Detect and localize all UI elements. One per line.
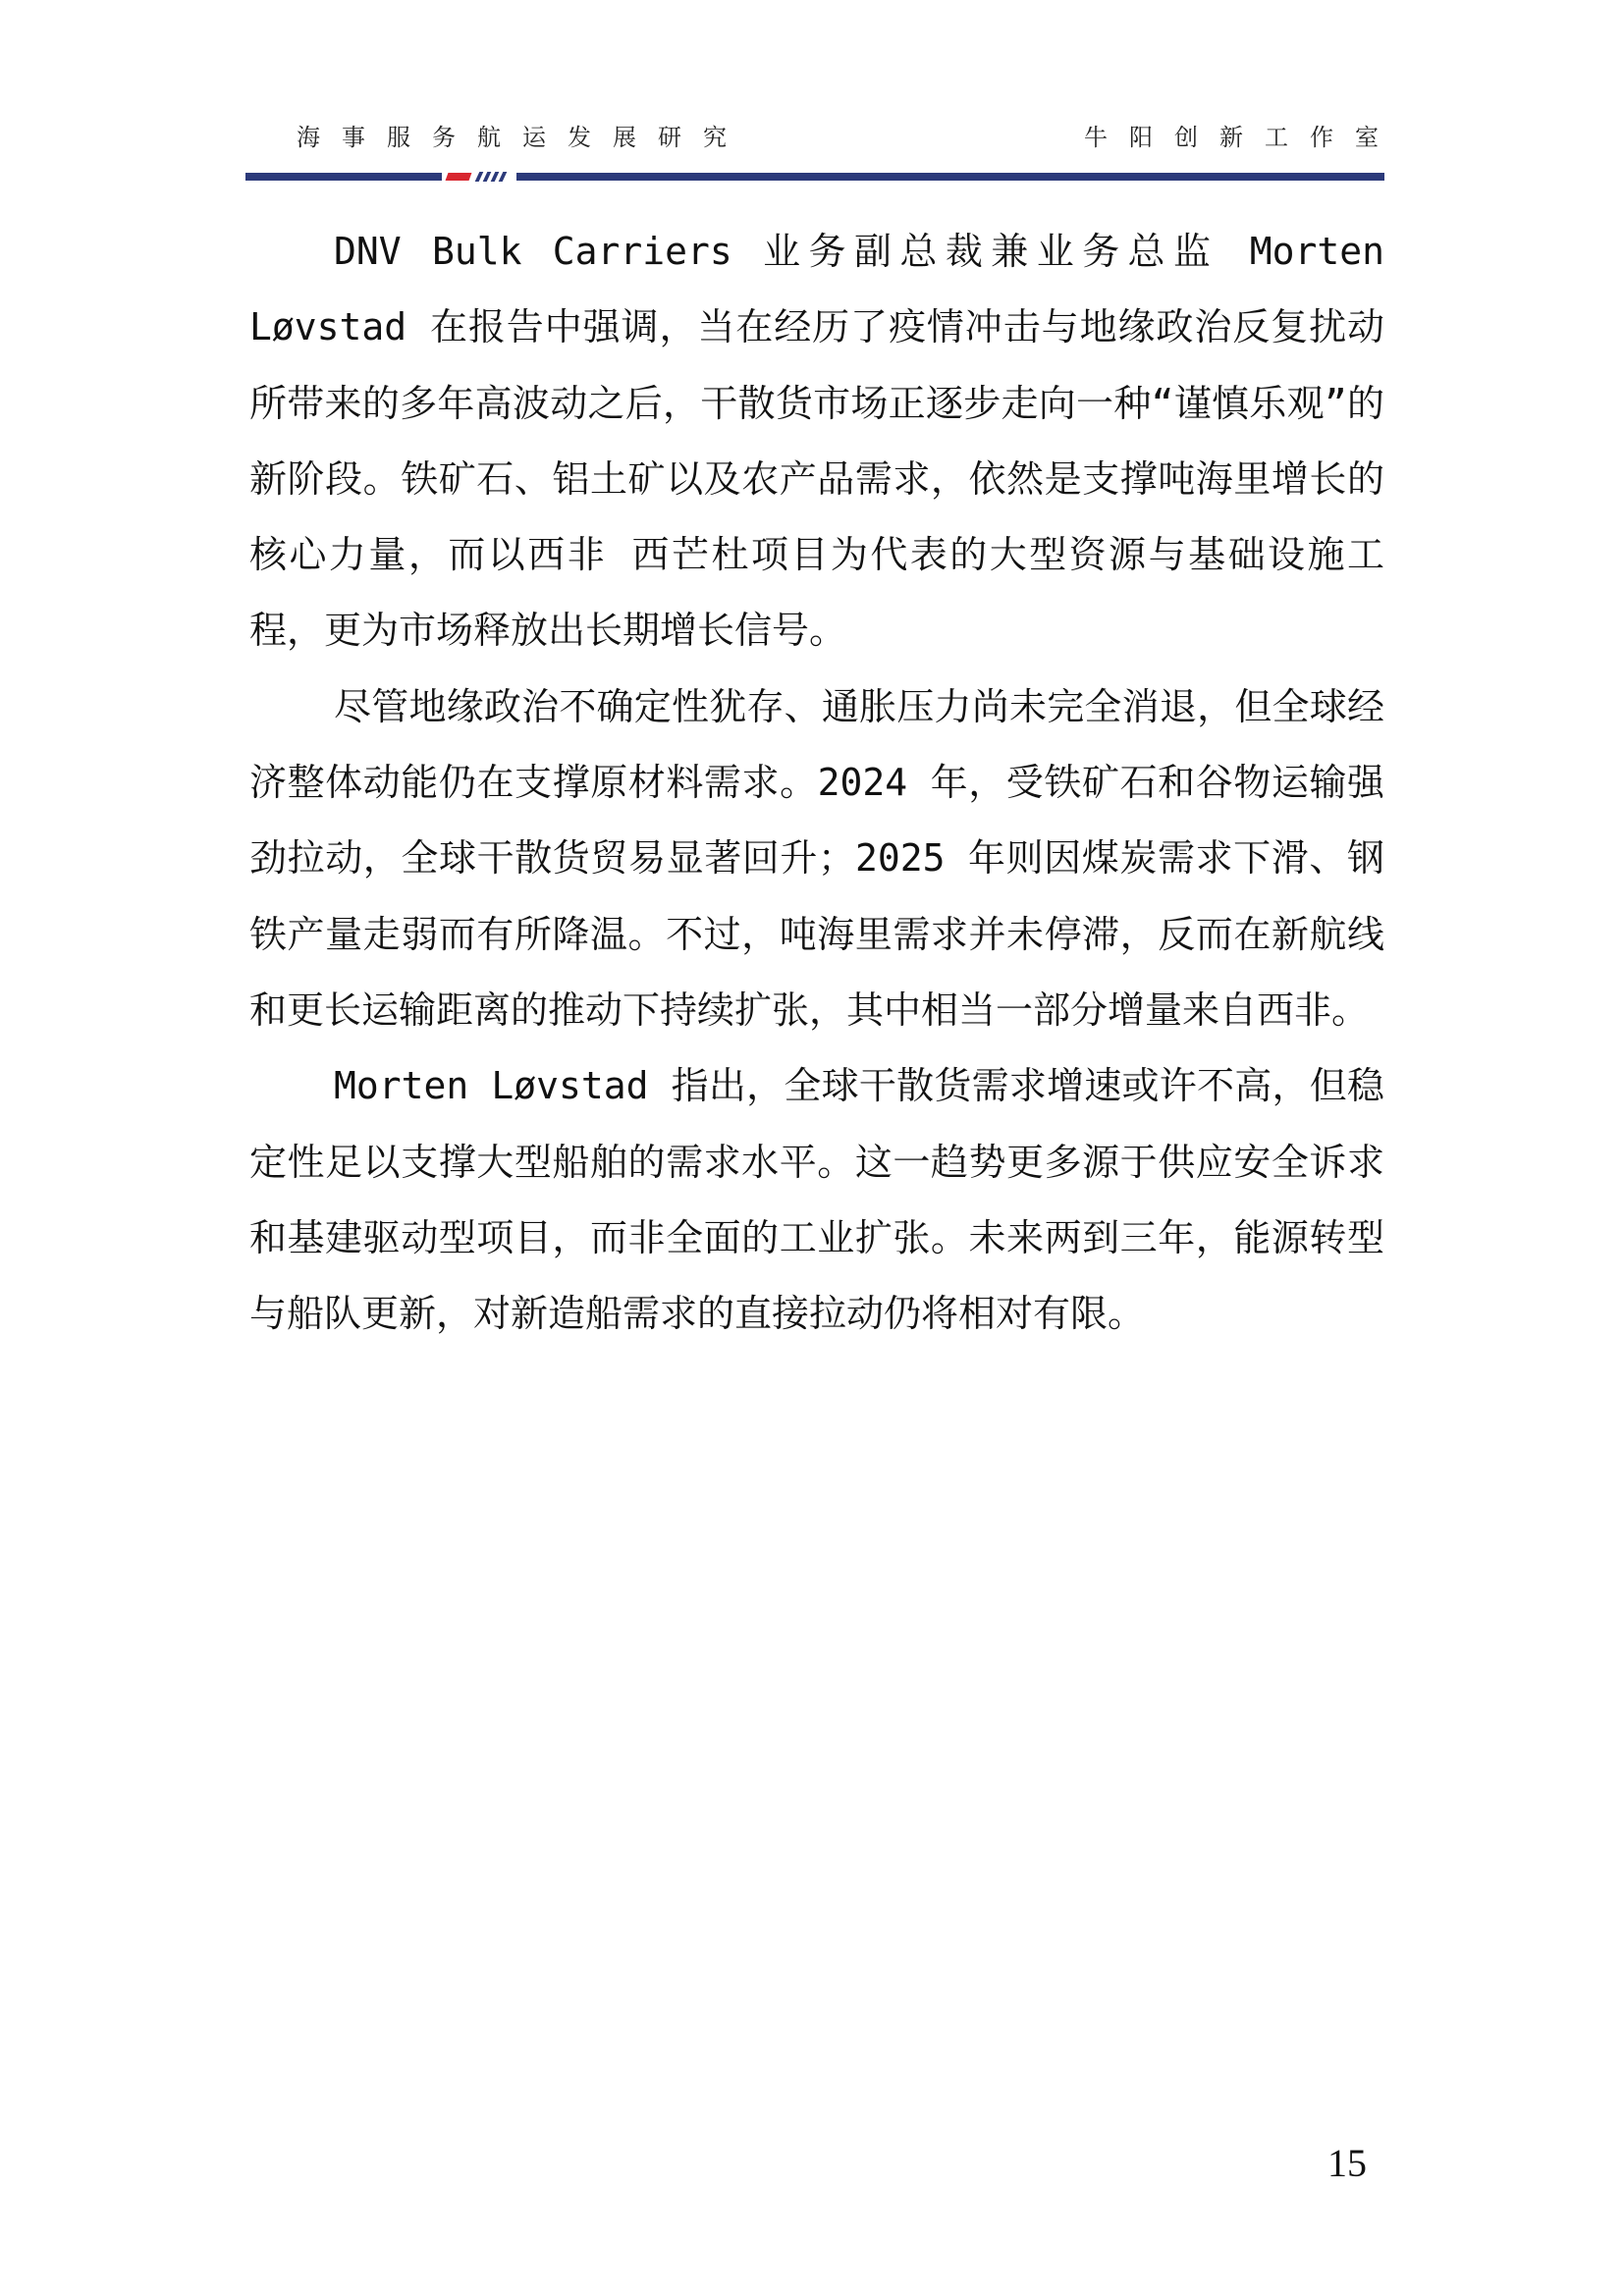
header-divider-red-mark <box>446 173 472 181</box>
header-left-title: 海事服务航运发展研究 <box>297 118 748 152</box>
paragraph-3: Morten Løvstad 指出，全球干散货需求增速或许不高，但稳定性足以支撑… <box>249 1048 1384 1352</box>
page-number: 15 <box>1327 2140 1367 2186</box>
paragraph-1: DNV Bulk Carriers 业务副总裁兼业务总监 Morten Løvs… <box>249 214 1384 669</box>
header-right-title: 牛阳创新工作室 <box>1084 118 1400 152</box>
document-body: DNV Bulk Carriers 业务副总裁兼业务总监 Morten Løvs… <box>249 214 1384 1352</box>
header-divider-bar <box>245 173 1384 181</box>
paragraph-2: 尽管地缘政治不确定性犹存、通胀压力尚未完全消退，但全球经济整体动能仍在支撑原材料… <box>249 669 1384 1048</box>
